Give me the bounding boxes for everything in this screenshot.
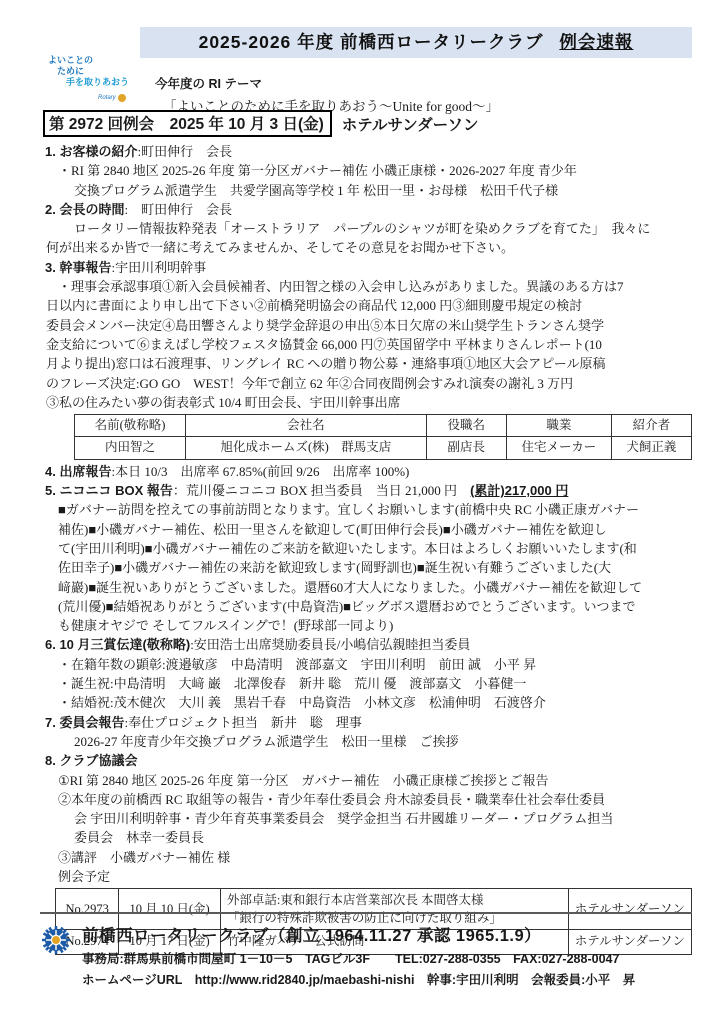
section-3-heading: 3. 幹事報告: [45, 260, 111, 275]
col-name: 名前(敬称略): [75, 415, 186, 437]
table-header-row: 名前(敬称略) 会社名 役職名 職業 紹介者: [75, 415, 692, 437]
col-company: 会社名: [186, 415, 427, 437]
section-secretary-report: 3. 幹事報告:宇田川利明幹事 ・理事会承認事項①新入会員候補者、内田智之様の入…: [45, 258, 695, 412]
section-attendance: 4. 出席報告:本日 10/3 出席率 67.85%(前回 9/26 出席率 1…: [45, 462, 695, 481]
text-line: ・在籍年数の顕彰:渡邉敏彦 中島清明 渡部嘉文 宇田川利明 前田 誠 小平 昇: [45, 655, 695, 674]
table-row: 内田智之 旭化成ホームズ(株) 群馬支店 副店長 住宅メーカー 犬飼正義: [75, 437, 692, 459]
section-club-assembly: 8. クラブ協議会 ①RI 第 2840 地区 2025-26 年度 第一分区 …: [45, 751, 695, 867]
office-contact-line: 事務局:群馬県前橋市問屋町 1－10－5 TAGビル3F TEL:027-288…: [82, 949, 635, 967]
cumulative-total: (累計)217,000 円: [470, 483, 568, 498]
text-line: ・結婚祝:茂木健次 大川 義 黒岩千春 中島資浩 小林文彦 松浦伸明 石渡啓介: [45, 693, 695, 712]
meeting-number-box: 第 2972 回例会 2025 年 10 月 3 日(金): [43, 110, 332, 137]
text-line: 月より提出)窓口は石渡理事、リングレイ RC への贈り物公募・連絡事項①地区大会…: [45, 354, 695, 373]
section-1-heading-suffix: :町田伸行 会長: [137, 144, 232, 159]
motto-line-1: よいことの: [48, 55, 129, 66]
section-2-heading-suffix: : 町田伸行 会長: [124, 202, 232, 217]
text-line: 会 宇田川利明幹事・青少年育英事業委員会 奨学金担当 石井國雄リーダー・プログラ…: [45, 809, 695, 828]
text-line: 委員会 林幸一委員長: [45, 828, 695, 847]
section-nikoniko-box: 5. ニコニコ BOX 報告：荒川優ニコニコ BOX 担当委員 当日 21,00…: [45, 481, 695, 635]
text-line: 交換プログラム派遣学生 共愛学園高等学校 1 年 松田一里・お母様 松田千代子様: [45, 181, 695, 200]
text-line: ③私の住みたい夢の街表彰式 10/4 町田会長、宇田川幹事出席: [45, 393, 695, 412]
col-introducer: 紹介者: [611, 415, 691, 437]
text-line: も健康オヤジで そしてフルスイングで！(野球部一同より): [45, 616, 695, 635]
motto-line-2: ために: [48, 66, 129, 77]
section-6-heading: 6. 10 月三賞伝達(敬称略): [45, 637, 190, 652]
section-guests: 1. お客様の紹介:町田伸行 会長 ・RI 第 2840 地区 2025-26 …: [45, 142, 695, 200]
text-line: 金支給について⑥まえばし学校フェスタ協賛金 66,000 円⑦英国留学中 平林ま…: [45, 335, 695, 354]
text-line: ・誕生祝:中島清明 大﨑 巌 北澤俊春 新井 聡 荒川 優 渡部嘉文 小暮健一: [45, 674, 695, 693]
section-5-heading-suffix: ：荒川優ニコニコ BOX 担当委員 当日 21,000 円: [173, 483, 470, 498]
program-line-1: 外部卓話:東和銀行本店営業部次長 本間啓太様: [227, 891, 562, 909]
col-role: 役職名: [426, 415, 506, 437]
text-line: 日以内に書面により申し出て下さい②前橋発明協会の商品代 12,000 円③細則慶…: [45, 296, 695, 315]
text-line: ②本年度の前橋西 RC 取組等の報告・青少年奉仕委員会 舟木諒委員長・職業奉仕社…: [45, 790, 695, 809]
club-name-line: 前橋西ロータリークラブ（創立 1964.11.27 承認 1965.1.9）: [82, 922, 635, 946]
section-4-heading-suffix: :本日 10/3 出席率 67.85%(前回 9/26 出席率 100%): [111, 464, 409, 479]
section-committee-report: 7. 委員会報告:奉仕プロジェクト担当 新井 聡 理事 2026-27 年度青少…: [45, 713, 695, 752]
newsletter-title-bar: 2025-2026 年度 前橋西ロータリークラブ 例会速報: [140, 27, 692, 58]
rotary-gold-circle-icon: [118, 94, 126, 102]
newsletter-body: 1. お客様の紹介:町田伸行 会長 ・RI 第 2840 地区 2025-26 …: [45, 142, 695, 955]
text-line: 佐田幸子)■小磯ガバナー補佐の来訪を歓迎致します(岡野訓也)■誕生祝い有難うござ…: [45, 558, 695, 577]
cell-name: 内田智之: [75, 437, 186, 459]
text-line: ロータリー情報抜粋発表「オーストラリア パープルのシャツが町を染めクラブを育てた…: [45, 219, 695, 238]
text-line: 補佐)■小磯ガバナー補佐、松田一里さんを歓迎して(町田伸行会長)■小磯ガバナー補…: [45, 520, 695, 539]
col-occupation: 職業: [506, 415, 611, 437]
newsletter-footer: 前橋西ロータリークラブ（創立 1964.11.27 承認 1965.1.9） 事…: [40, 912, 692, 988]
text-line: 2026-27 年度青少年交換プログラム派遣学生 松田一里様 ご挨拶: [45, 732, 695, 751]
rotary-wordmark: Rotary: [98, 95, 116, 101]
section-4-heading: 4. 出席報告: [45, 464, 111, 479]
text-line: ③講評 小磯ガバナー補佐 様: [45, 848, 695, 867]
motto-line-3: 手を取りあおう: [48, 77, 129, 88]
text-line: (荒川優)■結婚祝ありがとうございます(中島資浩)■ビッグボス還暦おめでとうござ…: [45, 597, 695, 616]
rotary-mini-logo: Rotary: [98, 94, 126, 102]
cell-company: 旭化成ホームズ(株) 群馬支店: [186, 437, 427, 459]
text-line: ■ガバナー訪問を控えての事前訪問となります。宜しくお願いします(前橋中央 RC …: [45, 500, 695, 519]
section-6-heading-suffix: :安田浩士出席奨励委員長/小嶋信弘親睦担当委員: [190, 637, 470, 652]
text-line: ・RI 第 2840 地区 2025-26 年度 第一分区ガバナー補佐 小磯正康…: [45, 161, 695, 180]
text-line: ・理事会承認事項①新入会員候補者、内田智之様の入会申し込みがありました。異議のあ…: [45, 277, 695, 296]
club-motto-logo: よいことの ために 手を取りあおう: [48, 55, 129, 88]
section-5-heading: 5. ニコニコ BOX 報告: [45, 483, 173, 498]
text-line: て(宇田川利明)■小磯ガバナー補佐のご来訪を歓迎いたします。本日はよろしくお願い…: [45, 539, 695, 558]
text-line: ①RI 第 2840 地区 2025-26 年度 第一分区 ガバナー補佐 小磯正…: [45, 771, 695, 790]
ri-theme-block: 今年度の RI テーマ 「よいことのために手を取りあおう～Unite for g…: [155, 74, 499, 115]
cell-occupation: 住宅メーカー: [506, 437, 611, 459]
newsletter-page: よいことの ために 手を取りあおう Rotary 2025-2026 年度 前橋…: [0, 0, 724, 1024]
new-member-table: 名前(敬称略) 会社名 役職名 職業 紹介者 内田智之 旭化成ホームズ(株) 群…: [74, 414, 692, 460]
section-1-heading: 1. お客様の紹介: [45, 144, 137, 159]
homepage-url-line: ホームページURL http://www.rid2840.jp/maebashi…: [82, 970, 635, 988]
section-7-heading: 7. 委員会報告: [45, 715, 124, 730]
text-line: のフレーズ決定:GO GO WEST！今年で創立 62 年②合同夜間例会すみれ演…: [45, 374, 695, 393]
cell-role: 副店長: [426, 437, 506, 459]
section-2-heading: 2. 会長の時間: [45, 202, 124, 217]
text-line: 何が出来るか皆で一緒に考えてみませんか、そしてその意見をお聞かせ下さい。: [45, 238, 695, 257]
newsletter-title: 2025-2026 年度 前橋西ロータリークラブ: [199, 32, 544, 52]
schedule-label: 例会予定: [45, 867, 695, 886]
ri-theme-label: 今年度の RI テーマ: [155, 74, 499, 92]
section-three-awards: 6. 10 月三賞伝達(敬称略):安田浩士出席奨励委員長/小嶋信弘親睦担当委員 …: [45, 635, 695, 712]
text-line: 委員会メンバー決定④島田響さんより奨学金辞退の申出⑤本日欠席の米山奨学生トランさ…: [45, 316, 695, 335]
text-line: 﨑巖)■誕生祝いありがとうございました。還暦60才大人になりました。小磯ガバナー…: [45, 578, 695, 597]
meeting-venue: ホテルサンダーソン: [342, 113, 479, 135]
section-president-time: 2. 会長の時間: 町田伸行 会長 ロータリー情報抜粋発表「オーストラリア パー…: [45, 200, 695, 258]
rotary-wheel-icon: [40, 922, 74, 988]
cell-introducer: 犬飼正義: [611, 437, 691, 459]
section-7-heading-suffix: :奉仕プロジェクト担当 新井 聡 理事: [124, 715, 361, 730]
meeting-header-row: 第 2972 回例会 2025 年 10 月 3 日(金) ホテルサンダーソン: [43, 110, 479, 137]
section-3-heading-suffix: :宇田川利明幹事: [111, 260, 206, 275]
section-8-heading: 8. クラブ協議会: [45, 753, 137, 768]
newsletter-title-emphasis: 例会速報: [559, 32, 633, 52]
